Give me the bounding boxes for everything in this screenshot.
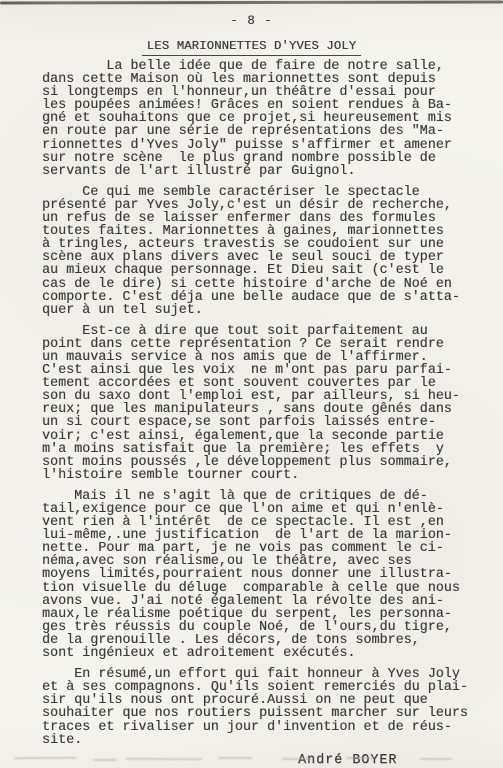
scan-smudge (126, 758, 202, 760)
paragraph-3: Est-ce à dire que tout soit parfaitement… (42, 325, 503, 482)
title-wrap: LES MARIONNETTES D'YVES JOLY (0, 36, 503, 56)
scan-edge-artifact-top (0, 0, 503, 4)
document-header: - 8 - LES MARIONNETTES D'YVES JOLY (0, 14, 503, 56)
scan-smudge (346, 757, 374, 759)
scan-smudge (93, 759, 117, 761)
page-number: - 8 - (0, 14, 503, 28)
scan-smudge (282, 758, 312, 760)
signature: André BOYER (298, 753, 503, 768)
paragraph-5: En résumé,un effort qui fait honneur à Y… (42, 668, 503, 747)
scan-smudge (14, 757, 76, 759)
paragraph-2: Ce qui me semble caractériser le spectac… (42, 186, 503, 317)
scan-smudge (420, 758, 452, 760)
scanned-document-page: { "page": { "number_label": "- 8 -", "ti… (0, 0, 503, 768)
scan-smudge (218, 757, 252, 759)
paragraph-1: La belle idée que de faire de notre sall… (42, 60, 503, 178)
article-body: La belle idée que de faire de notre sall… (42, 60, 503, 768)
paragraph-4: Mais il ne s'agit là que de critiques de… (42, 490, 503, 660)
page-title: LES MARIONNETTES D'YVES JOLY (142, 39, 361, 56)
